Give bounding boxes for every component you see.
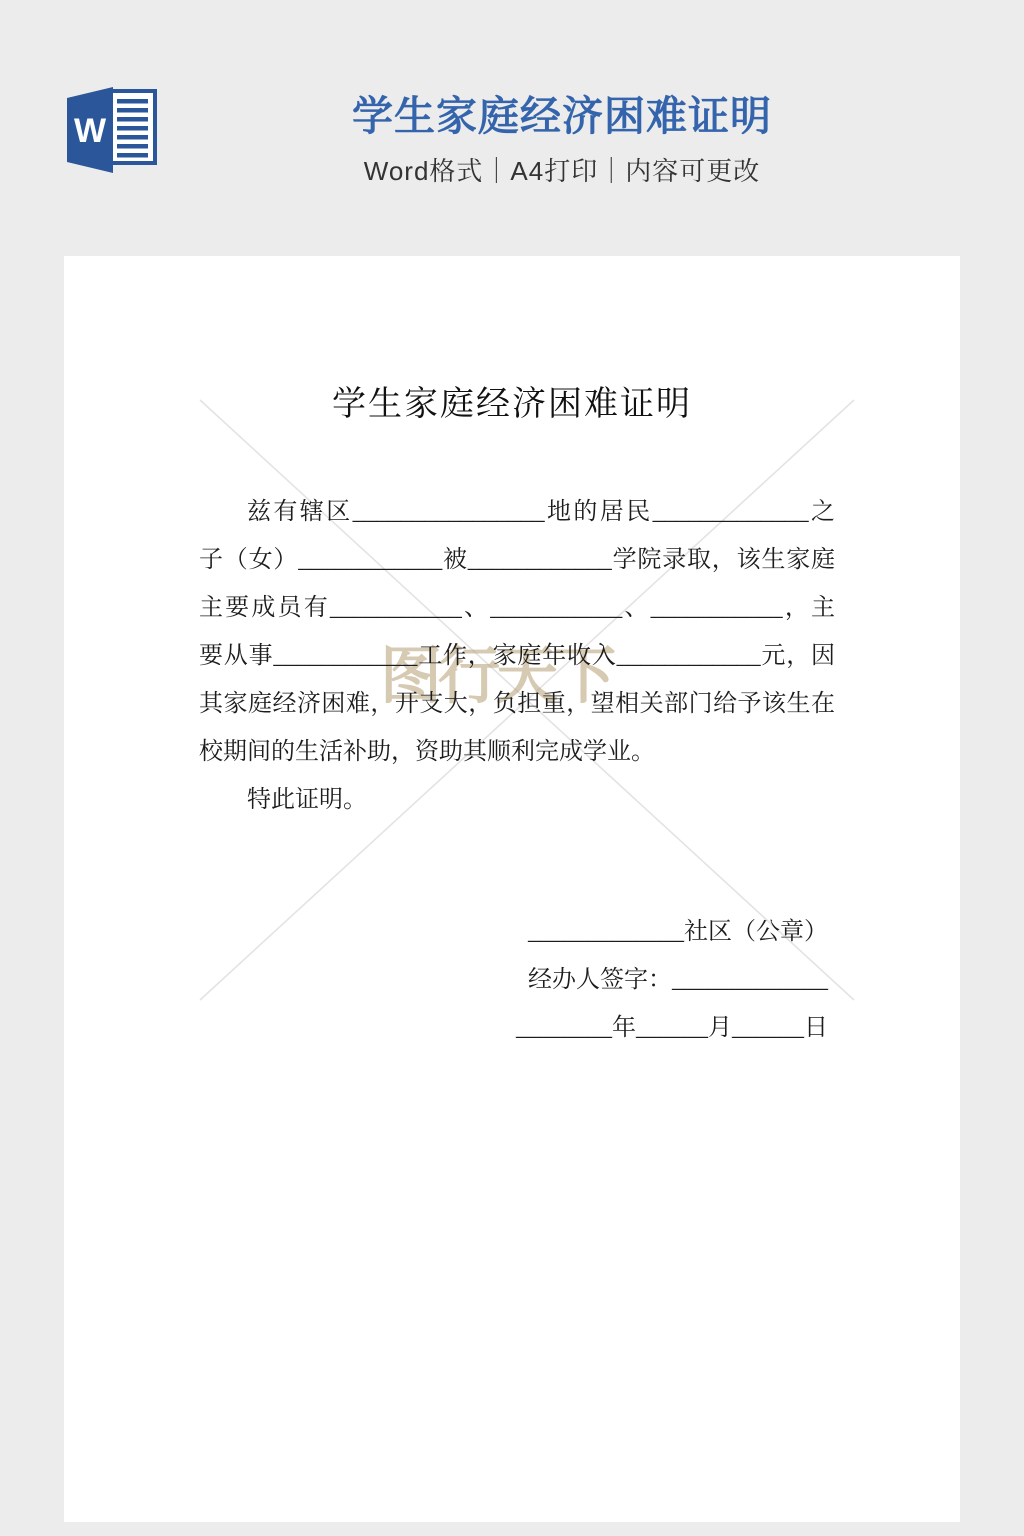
date-line: ________年______月______日 <box>516 1004 828 1052</box>
body-line: 兹有辖区________________地的居民_____________之 <box>199 488 835 536</box>
template-subtitle: Word格式｜A4打印｜内容可更改 <box>110 151 1014 188</box>
body-line: 主要成员有___________、___________、___________… <box>199 584 835 632</box>
watermark-diagonal-lines <box>64 256 960 1522</box>
body-line: 校期间的生活补助，资助其顺利完成学业。 <box>199 728 835 776</box>
word-icon-letter: W <box>74 112 107 150</box>
handler-signature-line: 经办人签字：_____________ <box>516 956 828 1004</box>
signature-block: _____________社区（公章） 经办人签字：_____________ … <box>516 908 828 1052</box>
body-line: 要从事____________工作，家庭年收入____________元，因 <box>199 632 835 680</box>
body-line: 其家庭经济困难，开支大，负担重，望相关部门给予该生在 <box>199 680 835 728</box>
seal-line: _____________社区（公章） <box>516 908 828 956</box>
document-body: 兹有辖区________________地的居民_____________之 子… <box>199 488 835 824</box>
closing-line: 特此证明。 <box>199 776 835 824</box>
template-title: 学生家庭经济困难证明 <box>110 92 1014 141</box>
document-title: 学生家庭经济困难证明 <box>64 376 960 425</box>
body-line: 子（女）____________被____________学院录取，该生家庭 <box>199 536 835 584</box>
a4-page: 图行天下 学生家庭经济困难证明 兹有辖区________________地的居民… <box>64 256 960 1522</box>
template-header: W 学生家庭经济困难证明 Word格式｜A4打印｜内容可更改 <box>0 0 1024 256</box>
